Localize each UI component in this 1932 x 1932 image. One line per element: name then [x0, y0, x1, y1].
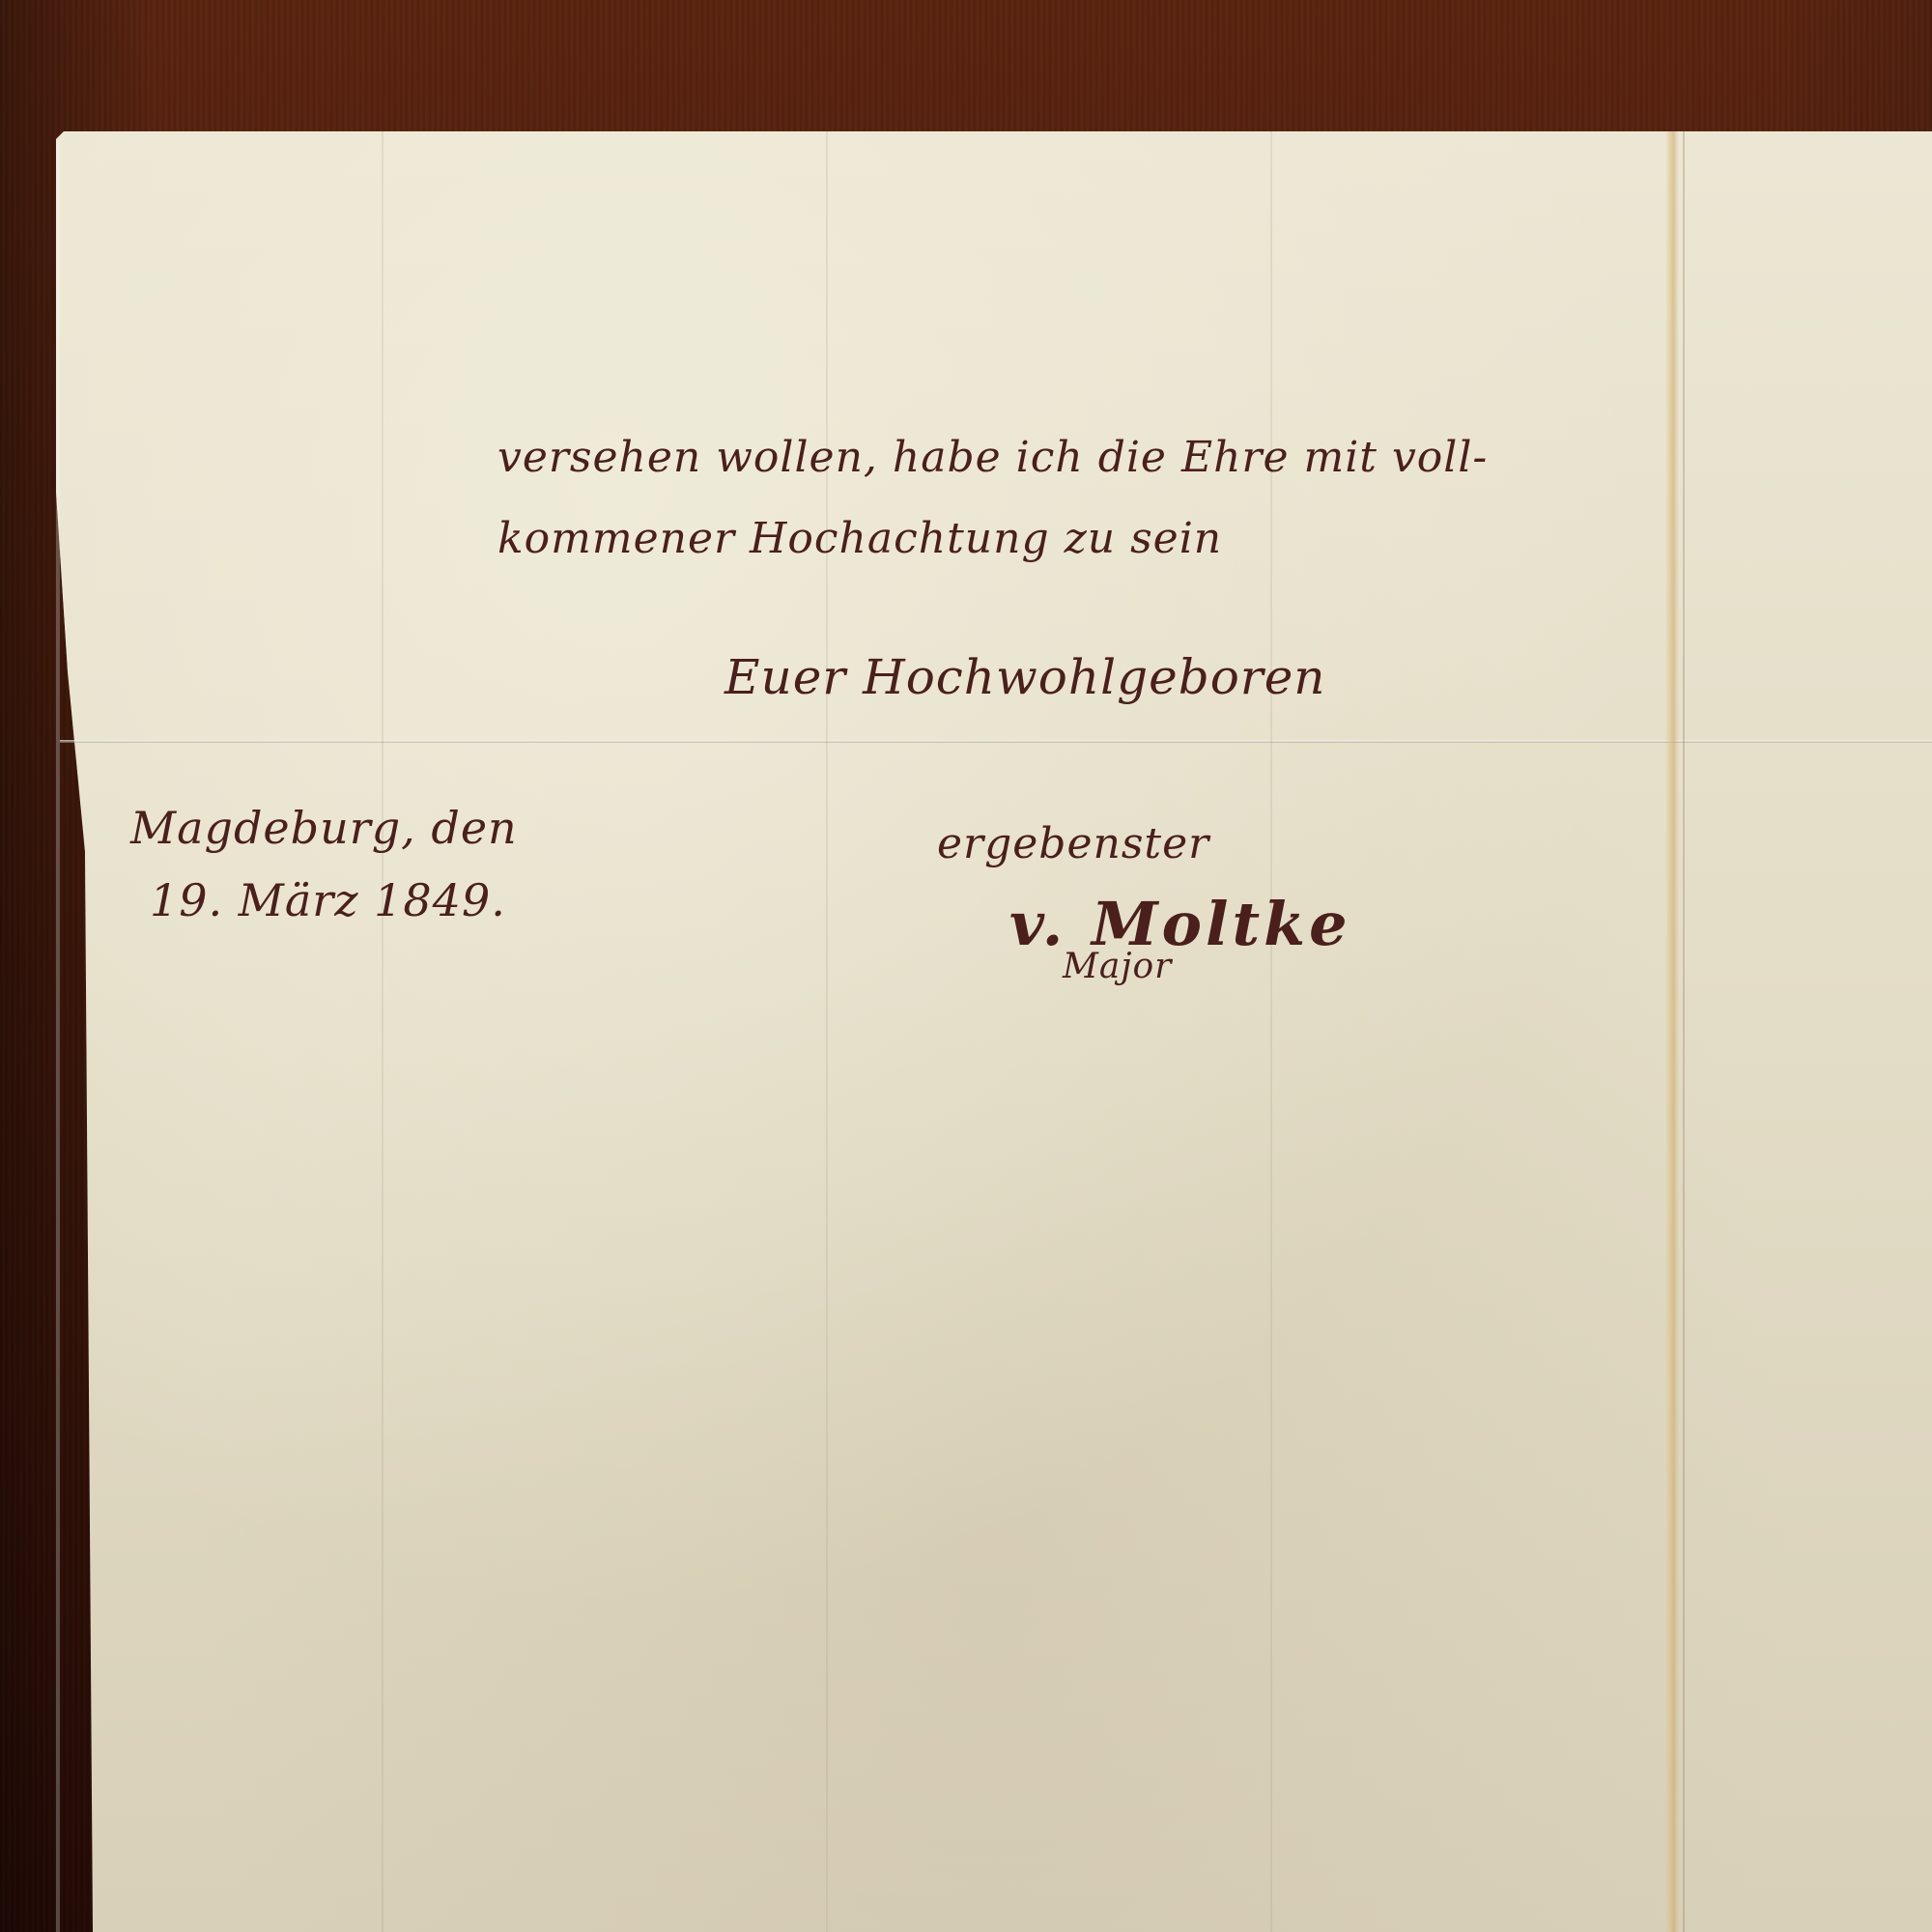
letter-body-line-1: versehen wollen, habe ich die Ehre mit v… — [497, 433, 1488, 482]
place-line: Magdeburg, den — [130, 802, 518, 854]
complimentary-close: ergebenster — [937, 819, 1209, 868]
faint-fold-line — [1270, 131, 1272, 1932]
signature: v. Moltke — [1009, 889, 1351, 959]
paper-left-edge — [56, 140, 60, 1932]
closing-salutation: Euer Hochwohlgeboren — [724, 649, 1326, 705]
letter-body-line-2: kommener Hochachtung zu sein — [497, 514, 1222, 563]
date-line: 19. März 1849. — [150, 874, 506, 926]
vertical-fold-crease — [1683, 131, 1685, 1932]
letter-paper — [56, 131, 1932, 1932]
faint-fold-line — [826, 131, 828, 1932]
faint-fold-line — [382, 131, 384, 1932]
vertical-fold-stain — [1665, 131, 1679, 1932]
horizontal-fold-crease — [60, 740, 1932, 743]
signatory-rank: Major — [1063, 947, 1172, 986]
